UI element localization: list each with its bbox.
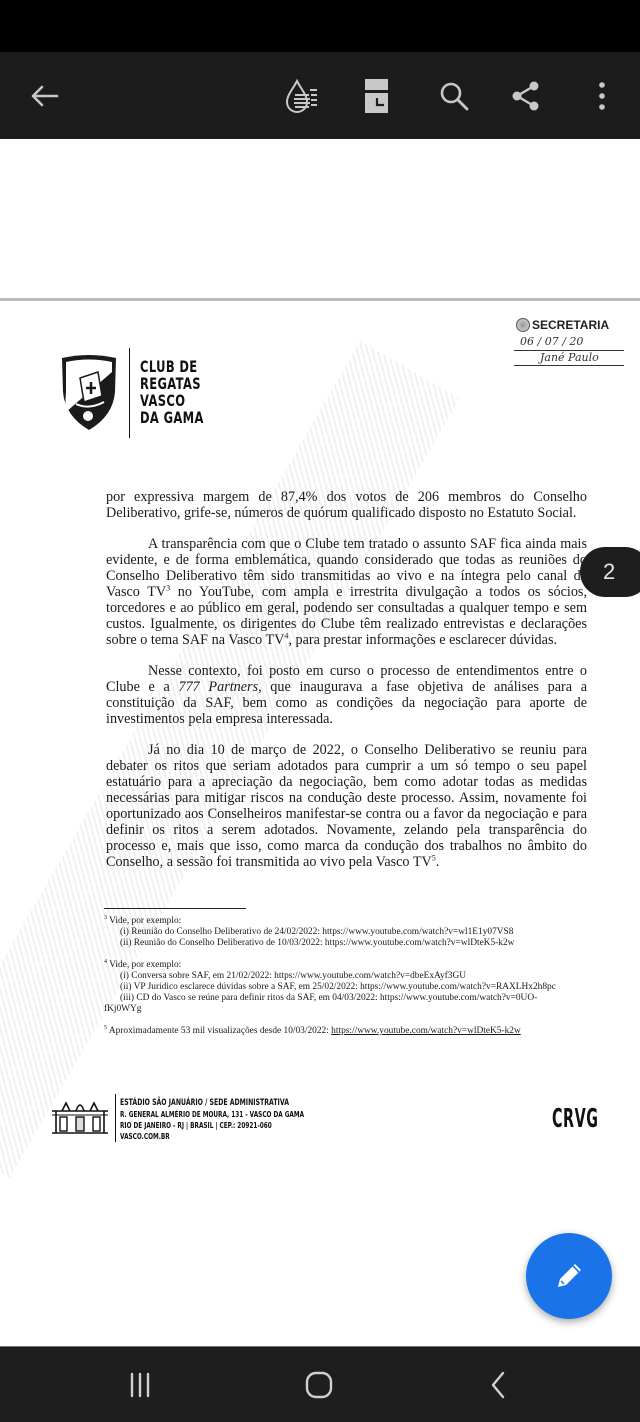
italic-text: 777 Partners: [178, 679, 258, 695]
club-name-line: Club de: [140, 358, 204, 375]
footnote-ref: 5: [432, 853, 436, 862]
stadium-building-icon: [50, 1097, 110, 1135]
system-nav-bar: [0, 1346, 640, 1422]
back-button[interactable]: [22, 74, 66, 118]
search-icon: [438, 80, 470, 112]
footnote-item: (ii) VP Jurídico esclarece dúvidas sobre…: [104, 982, 554, 993]
footer-address-line: RIO DE JANEIRO - RJ | BRASIL | CEP.: 209…: [120, 1120, 304, 1131]
crvg-wordmark: CRVG: [552, 1104, 599, 1134]
page-view-button[interactable]: [355, 74, 399, 118]
home-button[interactable]: [289, 1361, 349, 1409]
home-icon: [304, 1370, 334, 1400]
vasco-crest-icon: [58, 352, 120, 432]
edit-fab-button[interactable]: [526, 1233, 612, 1319]
footer-address: ESTÁDIO SÃO JANUÁRIO / SEDE ADMINISTRATI…: [120, 1098, 304, 1142]
footer-address-line: R. GENERAL ALMÉRIO DE MOURA, 131 - VASCO…: [120, 1109, 304, 1120]
footer-divider: [115, 1094, 116, 1142]
back-chevron-icon: [488, 1370, 508, 1400]
document-body: por expressiva margem de 87,4% dos votos…: [106, 489, 587, 885]
stamp-date: 06 / 07 / 20: [520, 335, 583, 348]
recent-apps-button[interactable]: [110, 1361, 170, 1409]
club-name-line: Regatas: [140, 375, 204, 392]
reading-mode-icon: [283, 76, 323, 116]
status-bar: [0, 0, 640, 52]
recent-apps-icon: [127, 1372, 153, 1398]
letterhead-divider: [129, 348, 130, 438]
page-number-indicator: 2: [580, 547, 640, 597]
body-paragraph: por expressiva margem de 87,4% dos votos…: [106, 489, 587, 521]
club-name: Club de Regatas Vasco da Gama: [140, 358, 204, 426]
page-number: 2: [603, 559, 615, 585]
stamp-title: SECRETARIA: [532, 318, 609, 332]
footnote: 4 Vide, por exemplo:(i) Conversa sobre S…: [104, 957, 554, 1015]
footnote: 3 Vide, por exemplo:(i) Reunião do Conse…: [104, 913, 554, 949]
stamp-signature: Jané Paulo: [540, 351, 599, 364]
footnote-item: (i) Reunião do Conselho Deliberativo de …: [104, 927, 554, 938]
secretaria-stamp: SECRETARIA 06 / 07 / 20 Jané Paulo: [514, 318, 624, 374]
footnote-ref: 3: [166, 583, 170, 592]
seal-icon: [516, 318, 530, 332]
share-icon: [510, 80, 542, 112]
more-options-button[interactable]: [580, 74, 624, 118]
body-paragraph: Já no dia 10 de março de 2022, o Conselh…: [106, 742, 587, 870]
back-arrow-icon: [29, 84, 59, 108]
back-nav-button[interactable]: [468, 1361, 528, 1409]
body-paragraph: A transparência com que o Clube tem trat…: [106, 536, 587, 648]
more-options-icon: [597, 81, 607, 111]
footnote-item: (ii) Reunião do Conselho Deliberativo de…: [104, 938, 554, 949]
footnote-intro: 5 Aproximadamente 53 mil visualizações d…: [104, 1023, 554, 1037]
footnote-intro: 4 Vide, por exemplo:: [104, 957, 554, 971]
footnotes: 3 Vide, por exemplo:(i) Reunião do Conse…: [104, 913, 554, 1045]
club-name-line: da Gama: [140, 409, 204, 426]
footnote-link[interactable]: https://www.youtube.com/watch?v=wlDteK5-…: [331, 1026, 521, 1036]
previous-page-bottom: [0, 139, 640, 299]
footer-address-line: ESTÁDIO SÃO JANUÁRIO / SEDE ADMINISTRATI…: [120, 1098, 304, 1109]
stamp-line: [514, 365, 624, 366]
footnote-intro: 3 Vide, por exemplo:: [104, 913, 554, 927]
club-name-line: Vasco: [140, 392, 204, 409]
footnote: 5 Aproximadamente 53 mil visualizações d…: [104, 1023, 554, 1037]
footnote-separator: [104, 908, 246, 909]
page-view-icon: [363, 78, 391, 114]
footnote-item: (i) Conversa sobre SAF, em 21/02/2022: h…: [104, 971, 554, 982]
footnote-item: (iii) CD do Vasco se reúne para definir …: [104, 993, 554, 1004]
edit-pencil-icon: [552, 1259, 586, 1293]
share-button[interactable]: [504, 74, 548, 118]
body-paragraph: Nesse contexto, foi posto em curso o pro…: [106, 663, 587, 727]
app-toolbar: [0, 52, 640, 139]
footer-website: VASCO.COM.BR: [120, 1131, 304, 1142]
reading-mode-button[interactable]: [281, 74, 325, 118]
footnote-item: fKj0WYg: [104, 1004, 554, 1015]
search-button[interactable]: [432, 74, 476, 118]
footnote-ref: 4: [284, 631, 288, 640]
